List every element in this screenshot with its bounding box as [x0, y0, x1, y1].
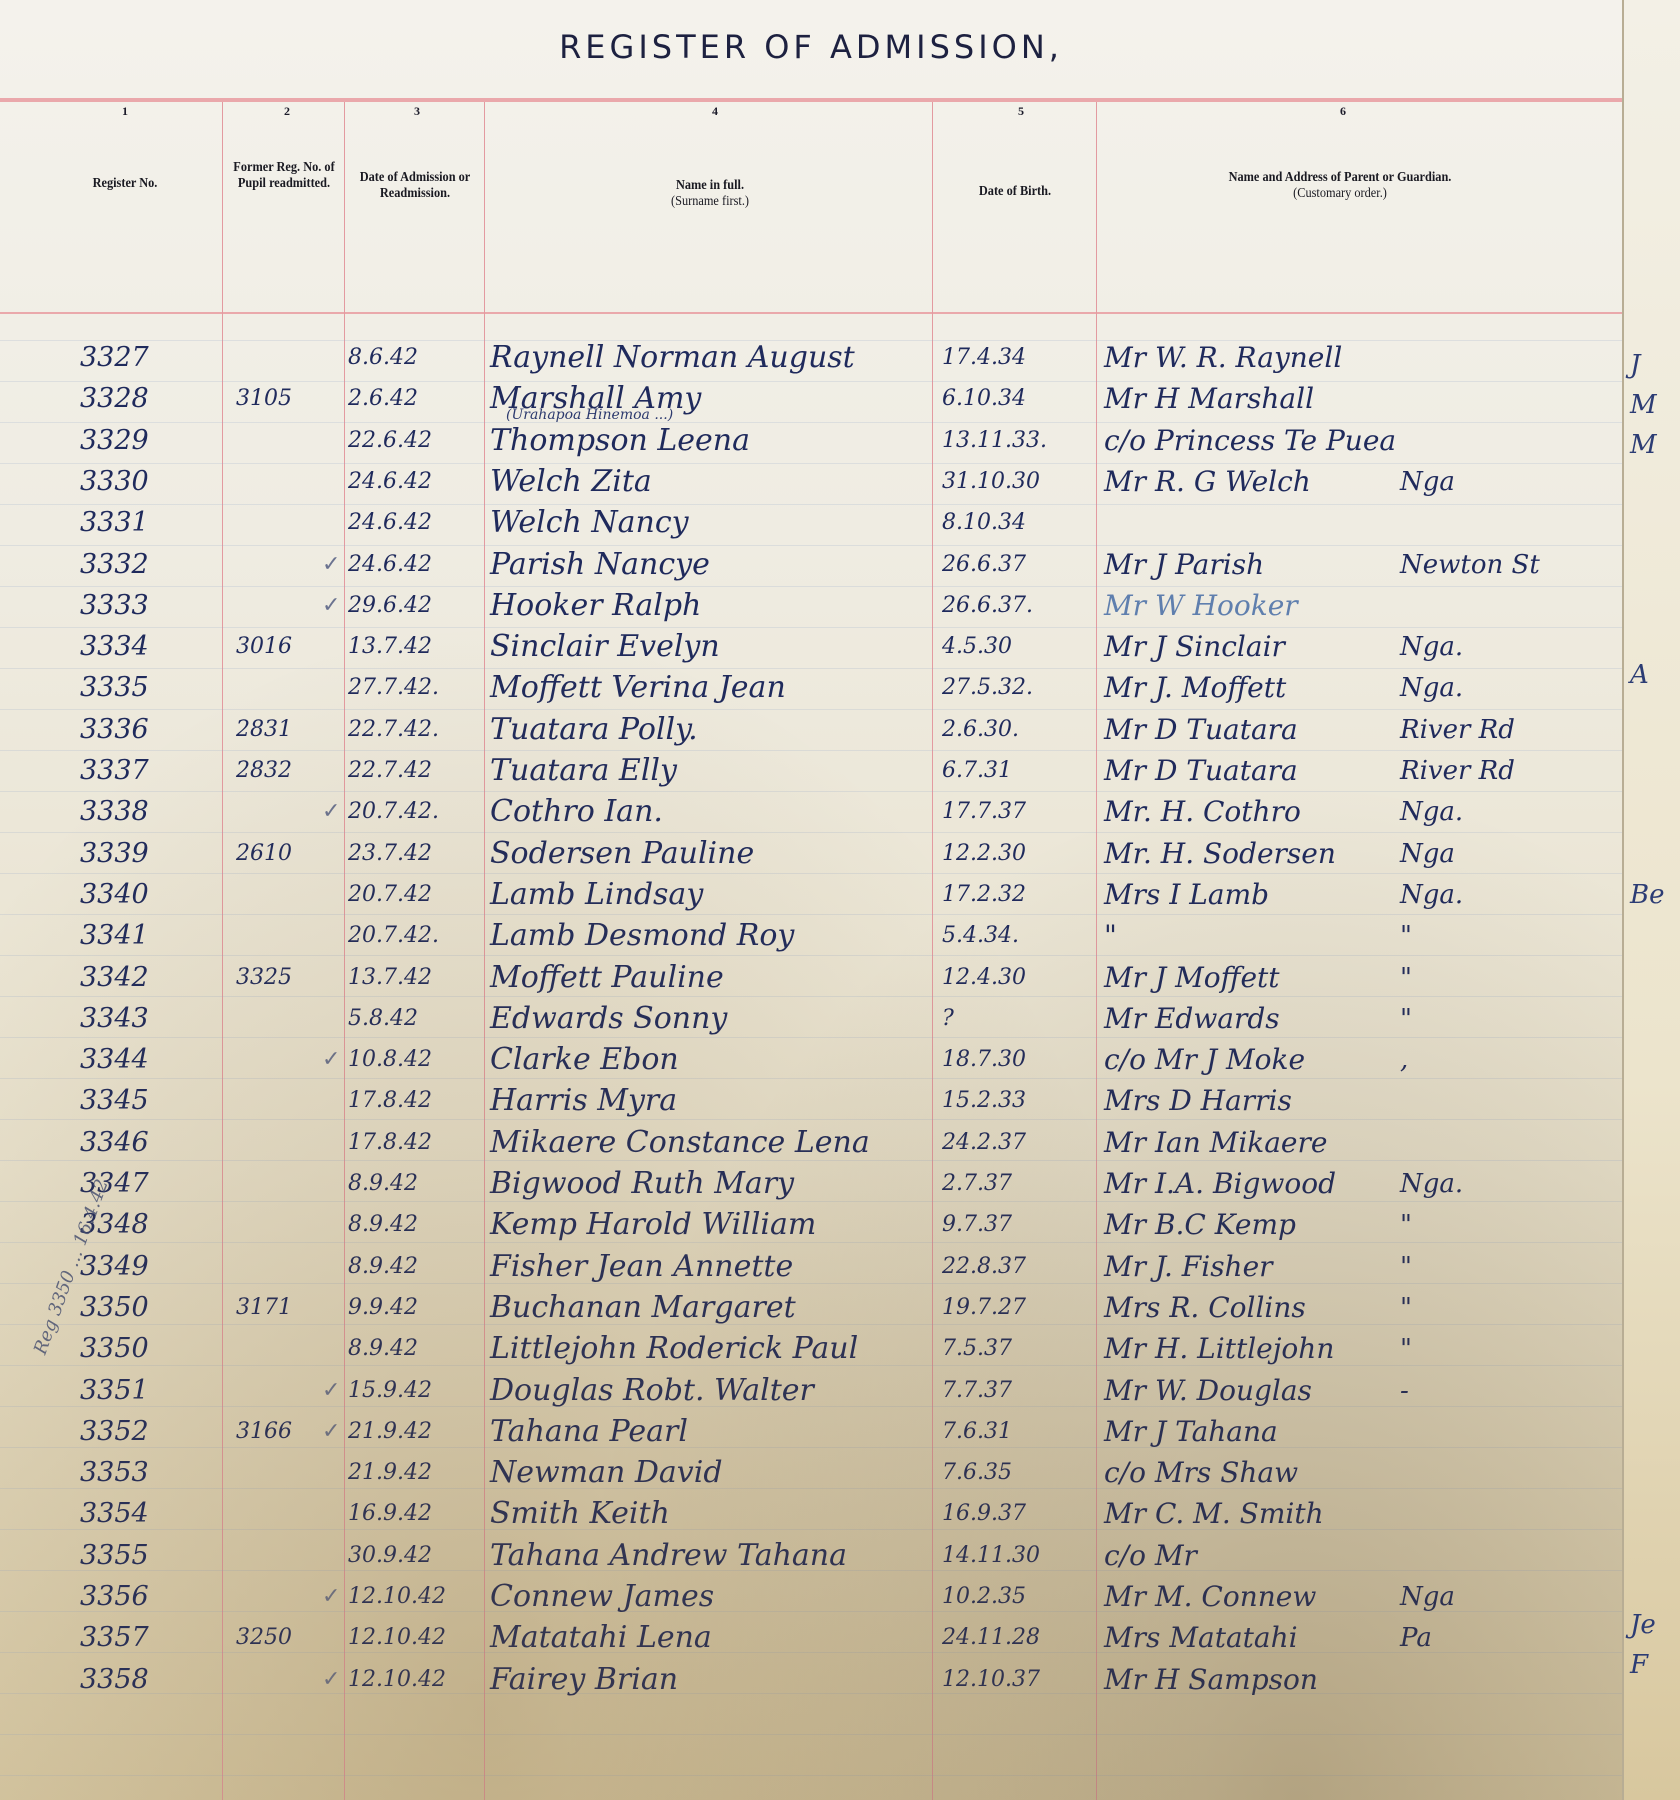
former-register-number: 3016	[236, 627, 336, 667]
column-header-text: Name and Address of Parent or Guardian.	[1164, 170, 1516, 186]
admission-date: 22.7.42	[348, 751, 478, 791]
pupil-name: Kemp Harold William	[490, 1205, 940, 1245]
date-of-birth: 7.7.37	[942, 1371, 1092, 1411]
check-mark-icon: ✓	[322, 1412, 340, 1452]
table-row: 334020.7.42Lamb Lindsay17.2.32Mrs I Lamb…	[0, 875, 1622, 915]
table-row: 333024.6.42Welch Zita31.10.30Mr R. G Wel…	[0, 462, 1622, 502]
parent-guardian: Mrs I Lamb	[1104, 875, 1444, 915]
register-number: 3351	[80, 1371, 200, 1411]
parent-guardian: Mr M. Connew	[1104, 1577, 1444, 1617]
table-row: 33478.9.42Bigwood Ruth Mary2.7.37Mr I.A.…	[0, 1164, 1622, 1204]
column-header-parent-guardian: Name and Address of Parent or Guardian. …	[1164, 170, 1516, 202]
register-number: 3344	[80, 1040, 200, 1080]
parent-guardian: Mr. H. Cothro	[1104, 792, 1444, 832]
check-mark-icon: ✓	[322, 1371, 340, 1411]
pupil-name: Douglas Robt. Walter	[490, 1371, 940, 1411]
register-number: 3352	[80, 1412, 200, 1452]
register-number: 3346	[80, 1123, 200, 1163]
former-register-number: 2831	[236, 710, 336, 750]
admission-date: 8.9.42	[348, 1329, 478, 1369]
check-mark-icon: ✓	[322, 1660, 340, 1700]
date-of-birth: 17.4.34	[942, 338, 1092, 378]
pupil-name: Mikaere Constance Lena	[490, 1123, 940, 1163]
table-row: 3336283122.7.42.Tuatara Polly.2.6.30.Mr …	[0, 710, 1622, 750]
page-title: REGISTER OF ADMISSION,	[0, 28, 1622, 66]
pupil-name: Tuatara Elly	[490, 751, 940, 791]
next-page-fragment: A	[1630, 660, 1649, 690]
table-row: 332831052.6.42Marshall Amy6.10.34Mr H Ma…	[0, 379, 1622, 419]
name-annotation: (Urahapoa Hinemoa ...)	[506, 407, 673, 423]
former-register-number: 3250	[236, 1618, 336, 1658]
admission-date: 17.8.42	[348, 1081, 478, 1121]
parent-guardian: Mr H Sampson	[1104, 1660, 1444, 1700]
table-row: 333329.6.42Hooker Ralph26.6.37.Mr W Hook…	[0, 586, 1622, 626]
address: -	[1400, 1371, 1600, 1411]
column-header-subtext: (Customary order.)	[1164, 186, 1516, 202]
table-row: 334120.7.42.Lamb Desmond Roy5.4.34.""	[0, 916, 1622, 956]
next-page-fragment: M	[1630, 390, 1657, 420]
ruled-line	[0, 1734, 1622, 1735]
register-number: 3337	[80, 751, 200, 791]
register-number: 3330	[80, 462, 200, 502]
date-of-birth: 12.10.37	[942, 1660, 1092, 1700]
pupil-name: Fisher Jean Annette	[490, 1247, 940, 1287]
register-number: 3354	[80, 1494, 200, 1534]
register-number: 3345	[80, 1081, 200, 1121]
date-of-birth: 31.10.30	[942, 462, 1092, 502]
column-header-date-of-admission: Date of Admission or Readmission.	[356, 170, 474, 202]
parent-guardian: Mr I.A. Bigwood	[1104, 1164, 1444, 1204]
admission-date: 10.8.42	[348, 1040, 478, 1080]
admission-date: 13.7.42	[348, 958, 478, 998]
column-header-text: Date of Birth.	[949, 184, 1081, 200]
former-register-number: 2610	[236, 834, 336, 874]
check-mark-icon: ✓	[322, 1577, 340, 1617]
admission-date: 21.9.42	[348, 1453, 478, 1493]
pupil-name: Smith Keith	[490, 1494, 940, 1534]
table-row: 332922.6.42Thompson Leena13.11.33.c/o Pr…	[0, 421, 1622, 461]
admission-date: 5.8.42	[348, 999, 478, 1039]
table-row: 333527.7.42.Moffett Verina Jean27.5.32.M…	[0, 668, 1622, 708]
address: Nga	[1400, 834, 1600, 874]
pupil-name: Bigwood Ruth Mary	[490, 1164, 940, 1204]
date-of-birth: 24.11.28	[942, 1618, 1092, 1658]
pupil-name: Tahana Pearl	[490, 1412, 940, 1452]
former-register-number: 2832	[236, 751, 336, 791]
register-number: 3332	[80, 545, 200, 585]
parent-guardian: Mr J Parish	[1104, 545, 1444, 585]
admission-date: 16.9.42	[348, 1494, 478, 1534]
register-number: 3358	[80, 1660, 200, 1700]
pupil-name: Welch Zita	[490, 462, 940, 502]
column-header-register-no: Register No.	[68, 176, 182, 192]
date-of-birth: 7.6.35	[942, 1453, 1092, 1493]
date-of-birth: 7.6.31	[942, 1412, 1092, 1452]
pupil-name: Fairey Brian	[490, 1660, 940, 1700]
date-of-birth: 6.7.31	[942, 751, 1092, 791]
admission-date: 24.6.42	[348, 503, 478, 543]
table-row: 335416.9.42Smith Keith16.9.37Mr C. M. Sm…	[0, 1494, 1622, 1534]
admission-date: 8.6.42	[348, 338, 478, 378]
table-row: 333820.7.42.Cothro Ian.17.7.37Mr. H. Cot…	[0, 792, 1622, 832]
admission-date: 23.7.42	[348, 834, 478, 874]
pupil-name: Moffett Verina Jean	[490, 668, 940, 708]
parent-guardian: Mr H. Littlejohn	[1104, 1329, 1444, 1369]
date-of-birth: 27.5.32.	[942, 668, 1092, 708]
pupil-name: Edwards Sonny	[490, 999, 940, 1039]
pupil-name: Littlejohn Roderick Paul	[490, 1329, 940, 1369]
parent-guardian: c/o Princess Te Puea	[1104, 421, 1444, 461]
column-number: 6	[1318, 104, 1368, 119]
admission-date: 12.10.42	[348, 1618, 478, 1658]
address: "	[1400, 999, 1600, 1039]
column-header-date-of-birth: Date of Birth.	[949, 184, 1081, 200]
top-rule	[0, 98, 1680, 102]
column-header-text: Name in full.	[578, 178, 842, 194]
date-of-birth: 2.6.30.	[942, 710, 1092, 750]
pupil-name: Lamb Lindsay	[490, 875, 940, 915]
parent-guardian: c/o Mr	[1104, 1536, 1444, 1576]
pupil-name: Hooker Ralph	[490, 586, 940, 626]
column-header-text: Register No.	[68, 176, 182, 192]
admission-date: 12.10.42	[348, 1660, 478, 1700]
check-mark-icon: ✓	[322, 586, 340, 626]
pupil-name: Harris Myra	[490, 1081, 940, 1121]
admission-date: 2.6.42	[348, 379, 478, 419]
parent-guardian: Mr D Tuatara	[1104, 751, 1444, 791]
check-mark-icon: ✓	[322, 792, 340, 832]
table-row: 3342332513.7.42Moffett Pauline12.4.30Mr …	[0, 958, 1622, 998]
admission-date: 8.9.42	[348, 1247, 478, 1287]
date-of-birth: 13.11.33.	[942, 421, 1092, 461]
address: "	[1400, 916, 1600, 956]
column-number: 3	[392, 104, 442, 119]
register-number: 3327	[80, 338, 200, 378]
date-of-birth: 4.5.30	[942, 627, 1092, 667]
column-number: 5	[996, 104, 1046, 119]
pupil-name: Buchanan Margaret	[490, 1288, 940, 1328]
date-of-birth: 16.9.37	[942, 1494, 1092, 1534]
pupil-name: Newman David	[490, 1453, 940, 1493]
parent-guardian: "	[1104, 916, 1444, 956]
table-row: 3352316621.9.42Tahana Pearl7.6.31Mr J Ta…	[0, 1412, 1622, 1452]
register-number: 3328	[80, 379, 200, 419]
date-of-birth: 8.10.34	[942, 503, 1092, 543]
parent-guardian: Mrs D Harris	[1104, 1081, 1444, 1121]
admission-date: 20.7.42.	[348, 792, 478, 832]
address: River Rd	[1400, 710, 1600, 750]
date-of-birth: 2.7.37	[942, 1164, 1092, 1204]
address: Nga.	[1400, 875, 1600, 915]
parent-guardian: Mr D Tuatara	[1104, 710, 1444, 750]
register-number: 3340	[80, 875, 200, 915]
date-of-birth: 26.6.37.	[942, 586, 1092, 626]
register-number: 3329	[80, 421, 200, 461]
next-page-fragment: Je	[1630, 1610, 1656, 1640]
date-of-birth: 14.11.30	[942, 1536, 1092, 1576]
parent-guardian: Mr W Hooker	[1104, 586, 1444, 626]
register-number: 3353	[80, 1453, 200, 1493]
table-row: 334517.8.42Harris Myra15.2.33Mrs D Harri…	[0, 1081, 1622, 1121]
admission-date: 24.6.42	[348, 462, 478, 502]
pupil-name: Raynell Norman August	[490, 338, 940, 378]
admission-date: 17.8.42	[348, 1123, 478, 1163]
date-of-birth: 9.7.37	[942, 1205, 1092, 1245]
admission-date: 20.7.42.	[348, 916, 478, 956]
pupil-name: Parish Nancye	[490, 545, 940, 585]
address: Nga.	[1400, 1164, 1600, 1204]
register-number: 3334	[80, 627, 200, 667]
address: "	[1400, 1247, 1600, 1287]
table-row: 335321.9.42Newman David7.6.35c/o Mrs Sha…	[0, 1453, 1622, 1493]
register-number: 3357	[80, 1618, 200, 1658]
table-row: 334617.8.42Mikaere Constance Lena24.2.37…	[0, 1123, 1622, 1163]
date-of-birth: 24.2.37	[942, 1123, 1092, 1163]
table-row: 335031719.9.42Buchanan Margaret19.7.27Mr…	[0, 1288, 1622, 1328]
admission-date: 22.7.42.	[348, 710, 478, 750]
next-page-fragment: Be	[1630, 880, 1665, 910]
next-page-fragment: M	[1630, 430, 1657, 460]
date-of-birth: 17.7.37	[942, 792, 1092, 832]
parent-guardian: Mr H Marshall	[1104, 379, 1444, 419]
admission-date: 9.9.42	[348, 1288, 478, 1328]
address: Nga.	[1400, 792, 1600, 832]
column-header-text: Date of Admission or Readmission.	[356, 170, 474, 202]
address: Newton St	[1400, 545, 1600, 585]
address: Nga.	[1400, 668, 1600, 708]
admission-date: 21.9.42	[348, 1412, 478, 1452]
address: Nga	[1400, 1577, 1600, 1617]
date-of-birth: 12.4.30	[942, 958, 1092, 998]
address: Pa	[1400, 1618, 1600, 1658]
table-row: 3334301613.7.42Sinclair Evelyn4.5.30Mr J…	[0, 627, 1622, 667]
admission-date: 8.9.42	[348, 1164, 478, 1204]
admission-date: 22.6.42	[348, 421, 478, 461]
table-row: 3357325012.10.42Matatahi Lena24.11.28Mrs…	[0, 1618, 1622, 1658]
date-of-birth: 15.2.33	[942, 1081, 1092, 1121]
pupil-name: Sodersen Pauline	[490, 834, 940, 874]
parent-guardian: Mr B.C Kemp	[1104, 1205, 1444, 1245]
parent-guardian: c/o Mr J Moke	[1104, 1040, 1444, 1080]
table-row: 333124.6.42Welch Nancy8.10.34	[0, 503, 1622, 543]
pupil-name: Tuatara Polly.	[490, 710, 940, 750]
register-number: 3356	[80, 1577, 200, 1617]
date-of-birth: 10.2.35	[942, 1577, 1092, 1617]
header-rule	[0, 312, 1622, 314]
register-number: 3333	[80, 586, 200, 626]
parent-guardian: Mrs Matatahi	[1104, 1618, 1444, 1658]
column-number: 2	[262, 104, 312, 119]
parent-guardian: Mr. H. Sodersen	[1104, 834, 1444, 874]
register-number: 3349	[80, 1247, 200, 1287]
table-row: 33508.9.42Littlejohn Roderick Paul7.5.37…	[0, 1329, 1622, 1369]
address: "	[1400, 1329, 1600, 1369]
pupil-name: Clarke Ebon	[490, 1040, 940, 1080]
column-number: 4	[690, 104, 740, 119]
pupil-name: Connew James	[490, 1577, 940, 1617]
former-register-number: 3166	[236, 1412, 336, 1452]
parent-guardian: Mr J Moffett	[1104, 958, 1444, 998]
ruled-line	[0, 1775, 1622, 1776]
address: "	[1400, 958, 1600, 998]
register-page: REGISTER OF ADMISSION, 1 2 3 4 5 6 Regis…	[0, 0, 1622, 1800]
former-register-number: 3105	[236, 379, 336, 419]
parent-guardian: Mr Ian Mikaere	[1104, 1123, 1444, 1163]
pupil-name: Lamb Desmond Roy	[490, 916, 940, 956]
address: River Rd	[1400, 751, 1600, 791]
parent-guardian: Mr C. M. Smith	[1104, 1494, 1444, 1534]
parent-guardian: Mr J Sinclair	[1104, 627, 1444, 667]
table-row: 335812.10.42Fairey Brian12.10.37Mr H Sam…	[0, 1660, 1622, 1700]
table-row: 335115.9.42Douglas Robt. Walter7.7.37Mr …	[0, 1371, 1622, 1411]
register-number: 3341	[80, 916, 200, 956]
next-page-fragment: J	[1630, 350, 1640, 380]
pupil-name: Tahana Andrew Tahana	[490, 1536, 940, 1576]
register-number: 3342	[80, 958, 200, 998]
date-of-birth: 17.2.32	[942, 875, 1092, 915]
column-header-subtext: (Surname first.)	[578, 194, 842, 210]
former-register-number: 3325	[236, 958, 336, 998]
parent-guardian: Mr J. Moffett	[1104, 668, 1444, 708]
register-number: 3355	[80, 1536, 200, 1576]
table-row: 333224.6.42Parish Nancye26.6.37Mr J Pari…	[0, 545, 1622, 585]
register-number: 3350	[80, 1329, 200, 1369]
pupil-name: Thompson Leena	[490, 421, 940, 461]
parent-guardian: Mr R. G Welch	[1104, 462, 1444, 502]
table-row: 334410.8.42Clarke Ebon18.7.30c/o Mr J Mo…	[0, 1040, 1622, 1080]
parent-guardian: Mr W. Douglas	[1104, 1371, 1444, 1411]
date-of-birth: 26.6.37	[942, 545, 1092, 585]
admission-date: 30.9.42	[348, 1536, 478, 1576]
address: "	[1400, 1288, 1600, 1328]
check-mark-icon: ✓	[322, 545, 340, 585]
parent-guardian: Mr J Tahana	[1104, 1412, 1444, 1452]
table-row: 335530.9.42Tahana Andrew Tahana14.11.30c…	[0, 1536, 1622, 1576]
table-row: 3339261023.7.42Sodersen Pauline12.2.30Mr…	[0, 834, 1622, 874]
date-of-birth: 12.2.30	[942, 834, 1092, 874]
register-number: 3339	[80, 834, 200, 874]
admission-date: 8.9.42	[348, 1205, 478, 1245]
table-row: 33498.9.42Fisher Jean Annette22.8.37Mr J…	[0, 1247, 1622, 1287]
admission-date: 27.7.42.	[348, 668, 478, 708]
pupil-name: Moffett Pauline	[490, 958, 940, 998]
parent-guardian: Mr Edwards	[1104, 999, 1444, 1039]
check-mark-icon: ✓	[322, 1040, 340, 1080]
register-number: 3350	[80, 1288, 200, 1328]
register-number: 3338	[80, 792, 200, 832]
table-row: 3337283222.7.42Tuatara Elly6.7.31Mr D Tu…	[0, 751, 1622, 791]
parent-guardian: Mr J. Fisher	[1104, 1247, 1444, 1287]
parent-guardian: Mr W. R. Raynell	[1104, 338, 1444, 378]
date-of-birth: 19.7.27	[942, 1288, 1092, 1328]
pupil-name: Cothro Ian.	[490, 792, 940, 832]
register-number: 3343	[80, 999, 200, 1039]
admission-date: 15.9.42	[348, 1371, 478, 1411]
column-number: 1	[100, 104, 150, 119]
column-header-text: Former Reg. No. of Pupil readmitted.	[233, 160, 335, 192]
date-of-birth: 22.8.37	[942, 1247, 1092, 1287]
address: Nga	[1400, 462, 1600, 502]
next-page-edge: JMMABeJeF	[1622, 0, 1680, 1800]
next-page-fragment: F	[1630, 1650, 1648, 1680]
date-of-birth: ?	[942, 999, 1092, 1039]
admission-date: 12.10.42	[348, 1577, 478, 1617]
date-of-birth: 7.5.37	[942, 1329, 1092, 1369]
pupil-name: Welch Nancy	[490, 503, 940, 543]
date-of-birth: 6.10.34	[942, 379, 1092, 419]
table-row: 33278.6.42Raynell Norman August17.4.34Mr…	[0, 338, 1622, 378]
pupil-name: Sinclair Evelyn	[490, 627, 940, 667]
table-row: 33435.8.42Edwards Sonny?Mr Edwards"	[0, 999, 1622, 1039]
admission-date: 29.6.42	[348, 586, 478, 626]
address: ,	[1400, 1040, 1600, 1080]
register-number: 3336	[80, 710, 200, 750]
admission-date: 13.7.42	[348, 627, 478, 667]
pupil-name: Matatahi Lena	[490, 1618, 940, 1658]
admission-date: 24.6.42	[348, 545, 478, 585]
address: "	[1400, 1205, 1600, 1245]
parent-guardian: c/o Mrs Shaw	[1104, 1453, 1444, 1493]
register-number: 3335	[80, 668, 200, 708]
date-of-birth: 5.4.34.	[942, 916, 1092, 956]
table-row: 335612.10.42Connew James10.2.35Mr M. Con…	[0, 1577, 1622, 1617]
column-header-name-in-full: Name in full. (Surname first.)	[578, 178, 842, 210]
column-header-former-reg-no: Former Reg. No. of Pupil readmitted.	[233, 160, 335, 192]
address: Nga.	[1400, 627, 1600, 667]
parent-guardian: Mrs R. Collins	[1104, 1288, 1444, 1328]
register-number: 3331	[80, 503, 200, 543]
admission-date: 20.7.42	[348, 875, 478, 915]
table-row: 33488.9.42Kemp Harold William9.7.37Mr B.…	[0, 1205, 1622, 1245]
former-register-number: 3171	[236, 1288, 336, 1328]
date-of-birth: 18.7.30	[942, 1040, 1092, 1080]
